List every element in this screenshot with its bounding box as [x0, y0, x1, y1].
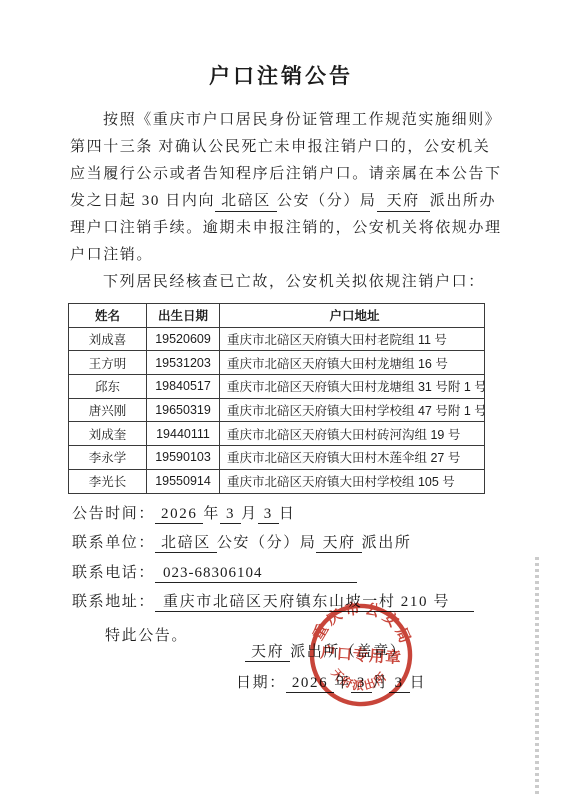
notice-year: 2026 [155, 505, 203, 524]
table-row: 邱东19840517重庆市北碚区天府镇大田村龙塘组 31 号附 1 号 [69, 375, 485, 399]
contact-phone-line: 联系电话：023-68306104 [72, 564, 562, 583]
notice-time-line: 公告时间：2026年3月3日 [72, 505, 562, 524]
table-cell: 重庆市北碚区天府镇大田村木莲伞组 27 号 [220, 446, 485, 470]
table-cell: 19840517 [147, 375, 220, 399]
table-cell: 19550914 [147, 469, 220, 493]
official-seal: 重庆市公安局 户口专用章 天府派出所 [304, 598, 417, 711]
table-cell: 19520609 [147, 327, 220, 351]
table-cell: 李永学 [69, 446, 147, 470]
table-cell: 19650319 [147, 398, 220, 422]
table-cell: 重庆市北碚区天府镇大田村砖河沟组 19 号 [220, 422, 485, 446]
table-row: 刘成喜19520609重庆市北碚区天府镇大田村老院组 11 号 [69, 327, 485, 351]
field-label: 日期： [236, 675, 286, 691]
table-row: 李光长19550914重庆市北碚区天府镇大田村学校组 105 号 [69, 469, 485, 493]
paragraph-line: 按照《重庆市户口居民身份证管理工作规范实施细则》 [70, 107, 470, 134]
table-cell: 唐兴刚 [69, 398, 147, 422]
field-label: 联系地址： [72, 594, 155, 610]
document-page: 户口注销公告 按照《重庆市户口居民身份证管理工作规范实施细则》 第四十三条 对确… [0, 0, 562, 800]
table-cell: 19440111 [147, 422, 220, 446]
signature-block: 天府派出所（盖章） 日期：2026年3月3日 [0, 640, 562, 693]
table-row: 唐兴刚19650319重庆市北碚区天府镇大田村学校组 47 号附 1 号 [69, 398, 485, 422]
seal-bottom-arc-text: 天府派出所 [328, 665, 391, 694]
contact-district-blank: 北碚区 [155, 534, 217, 553]
signature-station-blank: 天府 [245, 643, 290, 662]
table-cell: 刘成奎 [69, 422, 147, 446]
table-row: 李永学19590103重庆市北碚区天府镇大田村木莲伞组 27 号 [69, 446, 485, 470]
column-header-name: 姓名 [69, 304, 147, 328]
paragraph-line: 第四十三条 对确认公民死亡未申报注销户口的，公安机关 [70, 134, 470, 161]
table-cell: 刘成喜 [69, 327, 147, 351]
column-header-dob: 出生日期 [147, 304, 220, 328]
text-segment: 派出所办 [430, 193, 496, 209]
notice-month: 3 [220, 505, 241, 524]
field-label: 公告时间： [72, 506, 155, 522]
district-blank: 北碚区 [215, 192, 277, 212]
text-segment: 年 [203, 506, 220, 522]
body-paragraph: 按照《重庆市户口居民身份证管理工作规范实施细则》 第四十三条 对确认公民死亡未申… [70, 107, 470, 296]
text-segment: 公安（分）局 [277, 193, 377, 209]
resident-table-head: 姓名 出生日期 户口地址 [69, 304, 485, 328]
field-label: 联系电话： [72, 565, 155, 581]
column-header-address: 户口地址 [220, 304, 485, 328]
table-header-row: 姓名 出生日期 户口地址 [69, 304, 485, 328]
seal-center-text: 户口专用章 [320, 642, 403, 667]
field-label: 联系单位： [72, 535, 155, 551]
paragraph-line: 应当履行公示或者告知程序后注销户口。请亲属在本公告下 [70, 161, 470, 188]
table-cell: 19531203 [147, 351, 220, 375]
resident-table-body: 刘成喜19520609重庆市北碚区天府镇大田村老院组 11 号王方明195312… [69, 327, 485, 493]
table-row: 刘成奎19440111重庆市北碚区天府镇大田村砖河沟组 19 号 [69, 422, 485, 446]
table-cell: 重庆市北碚区天府镇大田村学校组 47 号附 1 号 [220, 398, 485, 422]
paragraph-line: 户口注销。 [70, 242, 470, 269]
text-segment: 公安（分）局 [217, 535, 317, 551]
table-cell: 重庆市北碚区天府镇大田村龙塘组 16 号 [220, 351, 485, 375]
resident-table: 姓名 出生日期 户口地址 刘成喜19520609重庆市北碚区天府镇大田村老院组 … [68, 303, 485, 494]
paragraph-line: 发之日起 30 日内向北碚区公安（分）局天府派出所办 [70, 188, 470, 215]
notice-day: 3 [258, 505, 279, 524]
contact-phone-value: 023-68306104 [155, 564, 357, 583]
table-cell: 重庆市北碚区天府镇大田村学校组 105 号 [220, 469, 485, 493]
page-title: 户口注销公告 [0, 60, 562, 90]
text-segment: 日 [279, 506, 296, 522]
text-segment: 派出所 [362, 535, 412, 551]
table-cell: 19590103 [147, 446, 220, 470]
table-cell: 王方明 [69, 351, 147, 375]
table-cell: 邱东 [69, 375, 147, 399]
paragraph-lead-in: 下列居民经核查已亡故，公安机关拟依规注销户口： [70, 269, 470, 296]
contact-station-blank: 天府 [316, 534, 361, 553]
table-row: 王方明19531203重庆市北碚区天府镇大田村龙塘组 16 号 [69, 351, 485, 375]
table-cell: 李光长 [69, 469, 147, 493]
text-segment: 发之日起 30 日内向 [70, 193, 215, 209]
scan-edge-artifact [535, 556, 539, 794]
station-blank: 天府 [377, 192, 430, 212]
table-cell: 重庆市北碚区天府镇大田村老院组 11 号 [220, 327, 485, 351]
table-cell: 重庆市北碚区天府镇大田村龙塘组 31 号附 1 号 [220, 375, 485, 399]
paragraph-line: 理户口注销手续。逾期未申报注销的，公安机关将依规办理 [70, 215, 470, 242]
text-segment: 月 [241, 506, 258, 522]
contact-unit-line: 联系单位：北碚区公安（分）局天府派出所 [72, 534, 562, 553]
